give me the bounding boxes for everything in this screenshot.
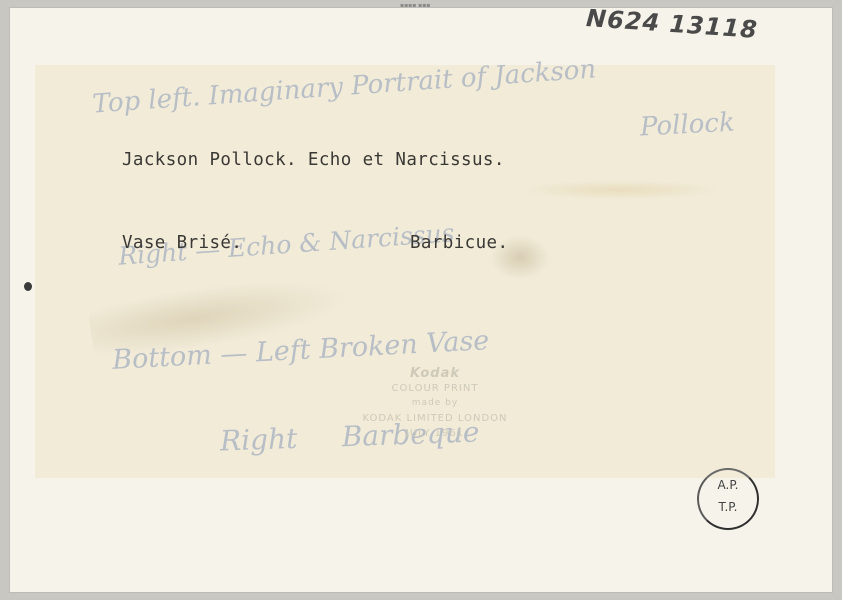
document-scan: ▪▪▪▪ ▪▪▪ N624 13118 Top left. Imaginary … <box>0 0 842 600</box>
stain <box>520 180 720 200</box>
typed-title-vase: Vase Brisé. <box>122 233 242 253</box>
kodak-line: JULY 1961 <box>320 426 550 441</box>
kodak-stamp: Kodak COLOUR PRINT made by KODAK LIMITED… <box>320 366 550 441</box>
kodak-brand: Kodak <box>320 366 550 381</box>
kodak-line: KODAK LIMITED LONDON <box>320 411 550 426</box>
typed-title-barbicue: Barbicue. <box>410 233 508 253</box>
postmark-top: A.P. <box>699 478 757 492</box>
kodak-line: COLOUR PRINT <box>320 381 550 396</box>
hole-punch-mark <box>24 282 32 291</box>
typed-title-line: Jackson Pollock. Echo et Narcissus. <box>122 150 505 170</box>
pencil-note-top-right: Pollock <box>639 108 735 143</box>
postmark-stamp: A.P. T.P. <box>697 468 759 530</box>
postmark-bottom: T.P. <box>699 500 757 514</box>
kodak-line: made by <box>320 396 550 411</box>
